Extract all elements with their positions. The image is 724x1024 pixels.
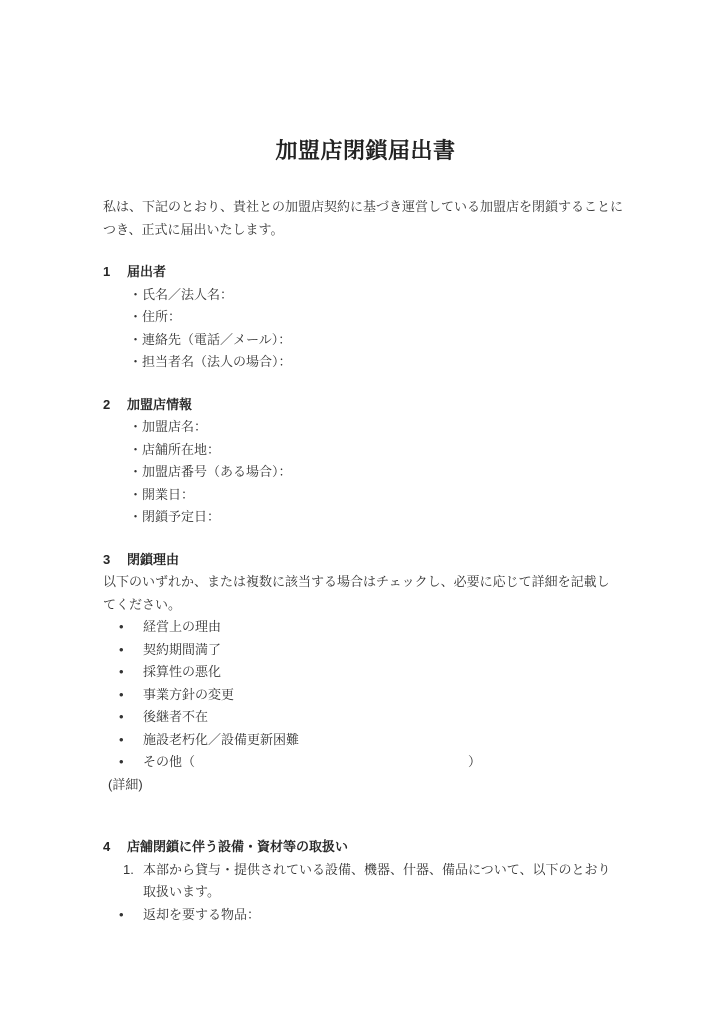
reason-item-profitability: • 採算性の悪化	[103, 661, 628, 684]
section-number: 3	[103, 549, 127, 572]
reason-label: 採算性の悪化	[143, 661, 221, 684]
detail-label: (詳細)	[103, 774, 628, 797]
section-store-info: 2加盟店情報 ・加盟店名： ・店舗所在地： ・加盟店番号（ある場合）： ・開業日…	[103, 394, 628, 529]
section-notifier: 1届出者 ・氏名／法人名： ・住所： ・連絡先（電話／メール）： ・担当者名（法…	[103, 261, 628, 374]
bullet-icon: •	[119, 616, 143, 639]
intro-paragraph: 私は、下記のとおり、貴社との加盟店契約に基づき運営している加盟店を閉鎖することに…	[103, 196, 628, 241]
field-label-opening-date: ・開業日：	[103, 484, 628, 507]
reason-label: 事業方針の変更	[143, 684, 234, 707]
reason-label: 経営上の理由	[143, 616, 221, 639]
equipment-return-label: 返却を要する物品：	[143, 904, 260, 927]
bullet-icon: •	[119, 904, 143, 927]
reason-item-other: • その他（ ）	[103, 751, 628, 774]
reason-other-blank	[195, 751, 468, 774]
reason-item-management: • 経営上の理由	[103, 616, 628, 639]
field-label-representative: ・担当者名（法人の場合）：	[103, 351, 628, 374]
field-label-contact: ・連絡先（電話／メール）：	[103, 329, 628, 352]
field-label-store-number: ・加盟店番号（ある場合）：	[103, 461, 628, 484]
section-heading: 3閉鎖理由	[103, 549, 628, 572]
bullet-icon: •	[119, 684, 143, 707]
reason-label: 施設老朽化／設備更新困難	[143, 729, 299, 752]
field-label-address: ・住所：	[103, 306, 628, 329]
section-title: 店舗閉鎖に伴う設備・資材等の取扱い	[127, 839, 348, 854]
document-page: 加盟店閉鎖届出書 私は、下記のとおり、貴社との加盟店契約に基づき運営している加盟…	[0, 0, 724, 1024]
section-number: 2	[103, 394, 127, 417]
field-label-name: ・氏名／法人名：	[103, 284, 628, 307]
section-heading: 4店舗閉鎖に伴う設備・資材等の取扱い	[103, 836, 628, 859]
section-number: 1	[103, 261, 127, 284]
field-label-store-name: ・加盟店名：	[103, 416, 628, 439]
bullet-icon: •	[119, 751, 143, 774]
reason-label: 後継者不在	[143, 706, 208, 729]
reason-other-open: その他（	[143, 751, 195, 774]
field-label-closing-date: ・閉鎖予定日：	[103, 506, 628, 529]
reason-label: 契約期間満了	[143, 639, 221, 662]
section-title: 届出者	[127, 264, 166, 279]
section-heading: 2加盟店情報	[103, 394, 628, 417]
reason-item-policy-change: • 事業方針の変更	[103, 684, 628, 707]
section-closure-reason: 3閉鎖理由 以下のいずれか、または複数に該当する場合はチェックし、必要に応じて詳…	[103, 549, 628, 797]
numbered-item-text: 本部から貸与・提供されている設備、機器、什器、備品について、以下のとおり取扱いま…	[143, 859, 615, 904]
equipment-item-return: • 返却を要する物品：	[103, 904, 628, 927]
section-equipment-handling: 4店舗閉鎖に伴う設備・資材等の取扱い 1. 本部から貸与・提供されている設備、機…	[103, 836, 628, 926]
equipment-numbered-item: 1. 本部から貸与・提供されている設備、機器、什器、備品について、以下のとおり取…	[103, 859, 628, 904]
document-title: 加盟店閉鎖届出書	[103, 136, 628, 166]
bullet-icon: •	[119, 661, 143, 684]
reason-item-facility-aging: • 施設老朽化／設備更新困難	[103, 729, 628, 752]
numbered-item-marker: 1.	[123, 859, 143, 904]
reason-other-close: ）	[468, 751, 481, 774]
reason-item-contract-expiry: • 契約期間満了	[103, 639, 628, 662]
section-number: 4	[103, 836, 127, 859]
section-heading: 1届出者	[103, 261, 628, 284]
bullet-icon: •	[119, 639, 143, 662]
closure-reason-description: 以下のいずれか、または複数に該当する場合はチェックし、必要に応じて詳細を記載して…	[103, 571, 617, 616]
bullet-icon: •	[119, 729, 143, 752]
reason-item-no-successor: • 後継者不在	[103, 706, 628, 729]
bullet-icon: •	[119, 706, 143, 729]
section-title: 閉鎖理由	[127, 552, 179, 567]
section-title: 加盟店情報	[127, 397, 192, 412]
field-label-store-location: ・店舗所在地：	[103, 439, 628, 462]
